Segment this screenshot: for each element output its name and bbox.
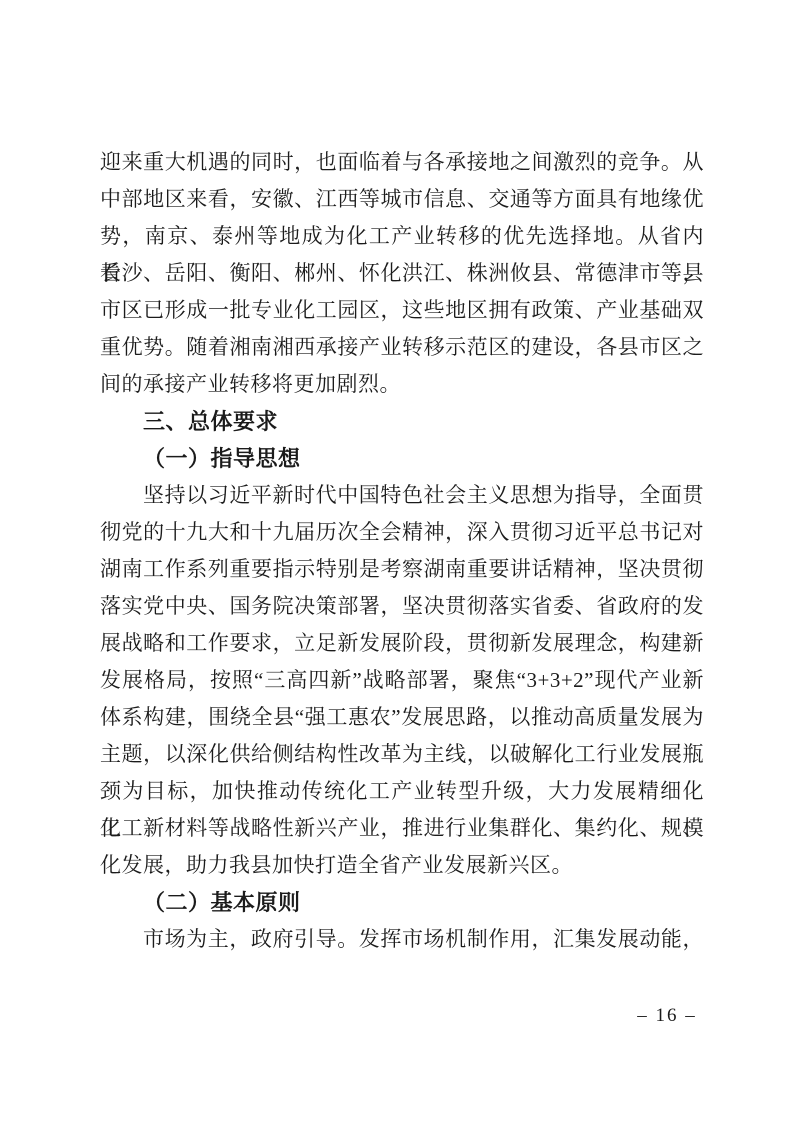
text-line: 化发展，助力我县加快打造全省产业发展新兴区。 [100,847,704,884]
text-line: 势，南京、泰州等地成为化工产业转移的优先选择地。从省内看， [100,218,704,255]
text-line: 发展格局，按照“三高四新”战略部署，聚焦“3+3+2”现代产业新 [100,662,704,699]
subsection-heading: （二）基本原则 [100,884,704,921]
text-line: 体系构建，围绕全县“强工惠农”发展思路，以推动高质量发展为 [100,699,704,736]
text-line: 中部地区来看，安徽、江西等城市信息、交通等方面具有地缘优 [100,181,704,218]
text-line: 重优势。随着湘南湘西承接产业转移示范区的建设，各县市区之 [100,329,704,366]
text-line: 迎来重大机遇的同时，也面临着与各承接地之间激烈的竞争。从 [100,144,704,181]
text-line: 落实党中央、国务院决策部署，坚决贯彻落实省委、省政府的发 [100,588,704,625]
document-body: 迎来重大机遇的同时，也面临着与各承接地之间激烈的竞争。从 中部地区来看，安徽、江… [100,144,704,958]
text-line: 长沙、岳阳、衡阳、郴州、怀化洪江、株洲攸县、常德津市等县 [100,255,704,292]
text-line: 间的承接产业转移将更加剧烈。 [100,366,704,403]
document-page: 迎来重大机遇的同时，也面临着与各承接地之间激烈的竞争。从 中部地区来看，安徽、江… [0,0,793,1122]
section-heading: 三、总体要求 [100,403,704,440]
text-line: 市区已形成一批专业化工园区，这些地区拥有政策、产业基础双 [100,292,704,329]
text-line: 彻党的十九大和十九届历次全会精神，深入贯彻习近平总书记对 [100,514,704,551]
text-line: 市场为主，政府引导。发挥市场机制作用，汇集发展动能， [100,921,704,958]
page-number: – 16 – [612,1003,722,1029]
text-line: 展战略和工作要求，立足新发展阶段，贯彻新发展理念，构建新 [100,625,704,662]
text-line: 化工新材料等战略性新兴产业，推进行业集群化、集约化、规模 [100,810,704,847]
text-line: 湖南工作系列重要指示特别是考察湖南重要讲话精神，坚决贯彻 [100,551,704,588]
text-line: 坚持以习近平新时代中国特色社会主义思想为指导，全面贯 [100,477,704,514]
text-line: 颈为目标，加快推动传统化工产业转型升级，大力发展精细化工、 [100,773,704,810]
subsection-heading: （一）指导思想 [100,440,704,477]
text-line: 主题，以深化供给侧结构性改革为主线，以破解化工行业发展瓶 [100,736,704,773]
